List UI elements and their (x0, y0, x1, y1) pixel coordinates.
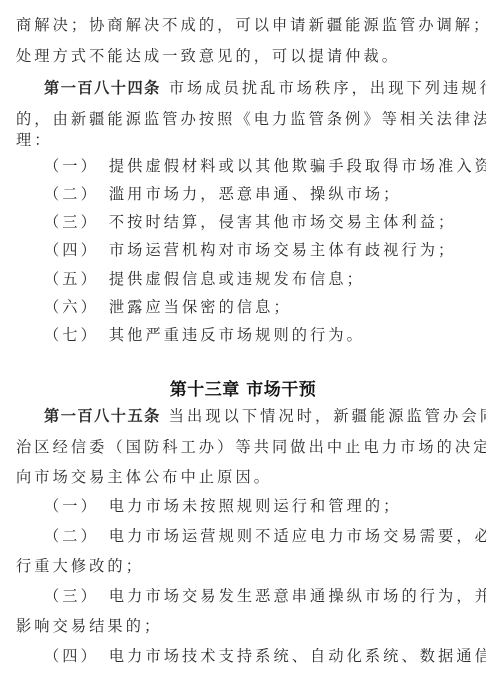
item-number: （六） (44, 298, 99, 316)
item-text: 电力市场技术支持系统、自动化系统、数据通信系统 (109, 647, 486, 665)
item-number: （二） (44, 185, 99, 203)
item-text: 滥用市场力，恶意串通、操纵市场； (109, 185, 402, 203)
list-item: （一）电力市场未按照规则运行和管理的； (44, 496, 486, 516)
article-text: 市场成员扰乱市场秩序，出现下列违规行为 (169, 79, 486, 97)
list-item: （三）不按时结算，侵害其他市场交易主体利益； (44, 212, 486, 232)
list-item: （一）提供虚假材料或以其他欺骗手段取得市场准入资格； (44, 156, 486, 176)
item-text: 电力市场交易发生恶意串通操纵市场的行为，并严重 (109, 587, 486, 605)
item-number: （七） (44, 326, 99, 344)
list-item: （四）市场运营机构对市场交易主体有歧视行为； (44, 240, 486, 260)
paragraph-line: 向市场交易主体公布中止原因。 (16, 467, 476, 487)
item-number: （一） (44, 497, 99, 515)
item-number: （三） (44, 213, 99, 231)
item-number: （四） (44, 647, 99, 665)
item-text: 其他严重违反市场规则的行为。 (109, 326, 365, 344)
paragraph-line: 商解决；协商解决不成的，可以申请新疆能源监管办调解；以上 (16, 15, 476, 35)
item-text: 泄露应当保密的信息； (109, 298, 292, 316)
item-number: （三） (44, 587, 99, 605)
paragraph-line: 处理方式不能达成一致意见的，可以提请仲裁。 (16, 46, 476, 66)
list-item: （七）其他严重违反市场规则的行为。 (44, 325, 486, 345)
paragraph-line: 理： (16, 130, 476, 150)
article-185-line: 第一百八十五条 当出现以下情况时，新疆能源监管办会同自 (44, 406, 486, 426)
item-number: （五） (44, 270, 99, 288)
item-text: 电力市场运营规则不适应电力市场交易需要，必须进 (109, 527, 486, 545)
item-number: （四） (44, 241, 99, 259)
list-item: （三）电力市场交易发生恶意串通操纵市场的行为，并严重 (44, 586, 486, 606)
item-text: 提供虚假材料或以其他欺骗手段取得市场准入资格； (109, 157, 486, 175)
item-number: （一） (44, 157, 99, 175)
list-item: （四）电力市场技术支持系统、自动化系统、数据通信系统 (44, 646, 486, 666)
list-item: （六）泄露应当保密的信息； (44, 297, 486, 317)
article-184-line: 第一百八十四条 市场成员扰乱市场秩序，出现下列违规行为 (44, 78, 486, 98)
item-text: 电力市场未按照规则运行和管理的； (109, 497, 402, 515)
paragraph-line: 行重大修改的； (16, 556, 476, 576)
item-text: 提供虚假信息或违规发布信息； (109, 270, 365, 288)
list-item: （二）电力市场运营规则不适应电力市场交易需要，必须进 (44, 526, 486, 546)
article-label: 第一百八十四条 (44, 79, 161, 97)
paragraph-line: 治区经信委（国防科工办）等共同做出中止电力市场的决定，并 (16, 437, 476, 457)
article-text: 当出现以下情况时，新疆能源监管办会同自 (169, 407, 486, 425)
item-text: 市场运营机构对市场交易主体有歧视行为； (109, 241, 456, 259)
article-label: 第一百八十五条 (44, 407, 161, 425)
paragraph-line: 的，由新疆能源监管办按照《电力监管条例》等相关法律法规处 (16, 109, 476, 129)
chapter-heading: 第十三章 市场干预 (0, 375, 486, 400)
list-item: （五）提供虚假信息或违规发布信息； (44, 269, 486, 289)
item-number: （二） (44, 527, 99, 545)
list-item: （二）滥用市场力，恶意串通、操纵市场； (44, 184, 486, 204)
item-text: 不按时结算，侵害其他市场交易主体利益； (109, 213, 456, 231)
paragraph-line: 影响交易结果的； (16, 616, 476, 636)
